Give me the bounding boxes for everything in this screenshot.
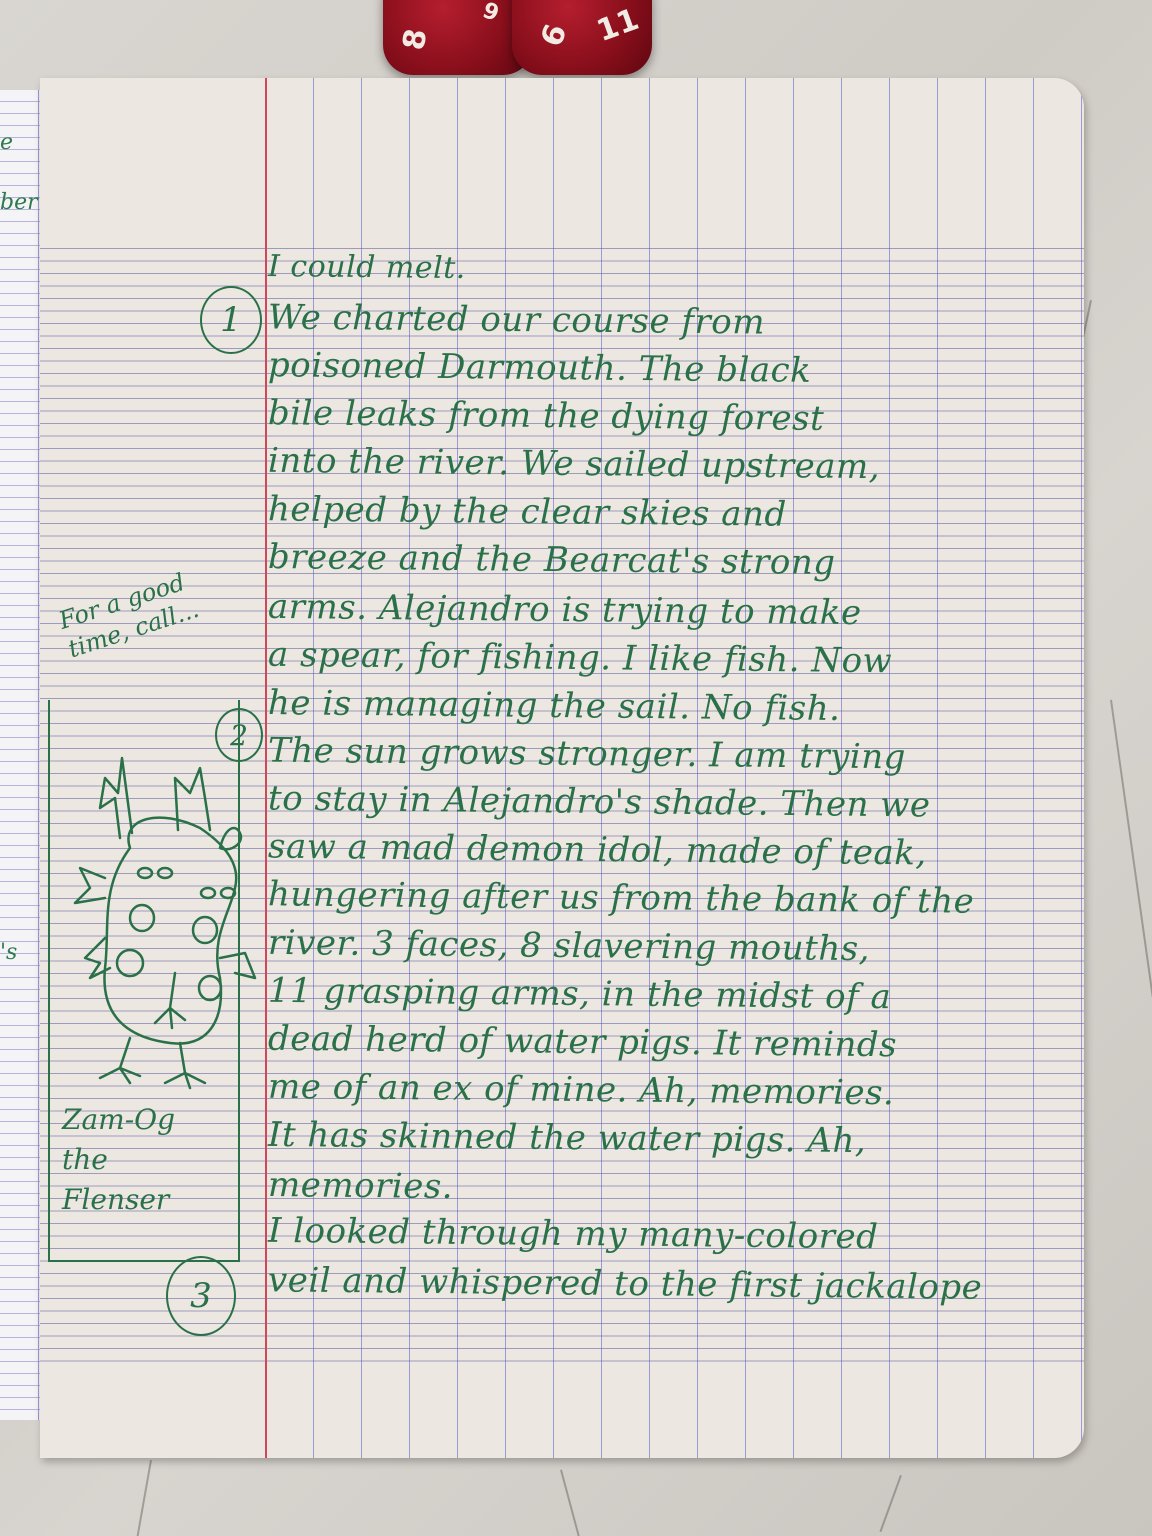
marble-vein (1110, 700, 1152, 997)
journal-line: I could melt. (268, 247, 466, 289)
journal-line: dead herd of water pigs. It reminds (268, 1019, 898, 1066)
journal-line: veil and whispered to the first jackalop… (268, 1260, 983, 1307)
journal-line: river. 3 faces, 8 slavering mouths, (268, 923, 870, 969)
journal-line: a spear, for fishing. I like fish. Now (268, 635, 893, 682)
journal-line: I looked through my many-colored (268, 1211, 879, 1257)
drawing-label: Zam-Og the Flenser (62, 1100, 222, 1220)
journal-line: arms. Alejandro is trying to make (268, 587, 862, 633)
journal-line: saw a mad demon idol, made of teak, (268, 827, 927, 874)
previous-page-text-fragment: e (0, 130, 13, 155)
entry-number-circle-3: 3 (166, 1256, 236, 1336)
journal-line: It has skinned the water pigs. Ah, (268, 1115, 867, 1161)
marble-vein (879, 1475, 901, 1532)
journal-line: me of an ex of mine. Ah, memories. (268, 1067, 895, 1114)
journal-line: he is managing the sail. No fish. (268, 683, 841, 729)
die-face-number: 8 (396, 26, 434, 53)
journal-line: The sun grows stronger. I am trying (268, 731, 906, 778)
journal-line: poisoned Darmouth. The black (268, 345, 812, 391)
journal-line: hungering after us from the bank of the (268, 874, 975, 921)
entry-number-circle-1: 1 (200, 286, 262, 354)
demon-idol-sketch-icon (60, 738, 260, 1108)
red-d12-die: 8 9 (383, 0, 533, 75)
die-face-number: 11 (592, 2, 643, 49)
journal-line: into the river. We sailed upstream, (268, 441, 880, 487)
red-d12-die: 6 11 (512, 0, 652, 75)
journal-line: to stay in Alejandro's shade. Then we (268, 779, 931, 826)
journal-line: 11 grasping arms, in the midst of a (268, 971, 892, 1018)
marble-vein (136, 1460, 152, 1536)
previous-page-text-fragment: 's (0, 940, 17, 965)
marble-vein (560, 1469, 580, 1536)
die-face-number: 9 (479, 0, 502, 27)
die-face-number: 6 (534, 20, 574, 52)
journal-line: We charted our course from (268, 297, 765, 342)
previous-page-margin-line (38, 90, 39, 1420)
previous-page-text-fragment: ber (0, 190, 38, 215)
journal-line: bile leaks from the dying forest (268, 393, 825, 439)
journal-line: helped by the clear skies and (268, 489, 787, 534)
journal-line: breeze and the Bearcat's strong (268, 537, 836, 583)
journal-line: memories. (268, 1165, 453, 1207)
notebook-page: 1 I could melt. We charted our course fr… (40, 78, 1084, 1458)
red-margin-line (265, 78, 267, 1458)
